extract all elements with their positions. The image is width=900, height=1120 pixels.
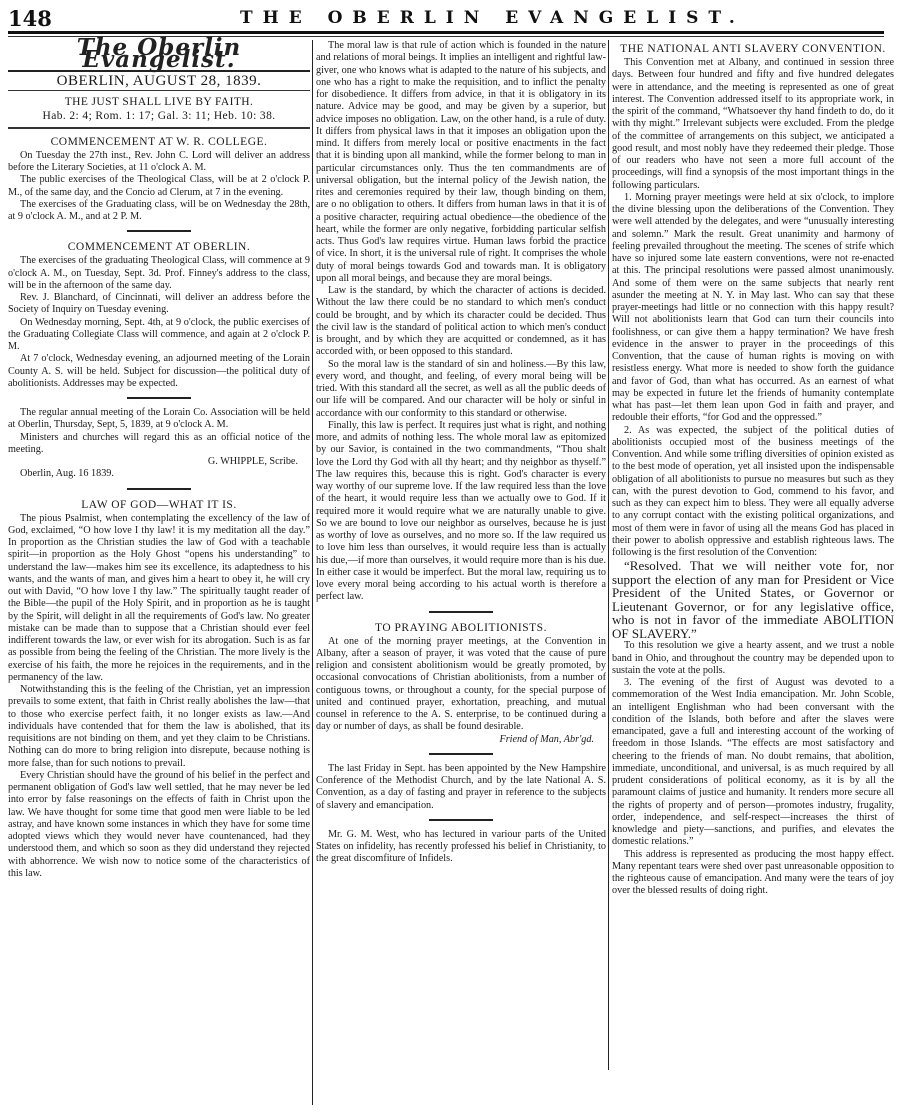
paragraph: At one of the morning prayer meetings, a… <box>316 636 606 734</box>
running-title: THE OBERLIN EVANGELIST. <box>240 8 745 28</box>
article-heading-oberlin-commencement: COMMENCEMENT AT OBERLIN. <box>8 240 310 254</box>
paragraph: The moral law is that rule of action whi… <box>316 40 606 285</box>
masthead-title: The Oberlin Evangelist. <box>8 42 310 67</box>
resolution-quote: “Resolved. That we will neither vote for… <box>612 559 894 640</box>
signature: G. WHIPPLE, Scribe. <box>8 456 310 468</box>
column-3: THE NATIONAL ANTI SLAVERY CONVENTION. Th… <box>612 40 894 898</box>
section-rule <box>127 397 191 399</box>
paragraph: This Convention met at Albany, and conti… <box>612 57 894 192</box>
paragraph: Finally, this law is perfect. It require… <box>316 420 606 604</box>
paragraph: Law is the standard, by which the charac… <box>316 285 606 359</box>
paragraph: Every Christian should have the ground o… <box>8 770 310 880</box>
motto-references: Hab. 2: 4; Rom. 1: 17; Gal. 3: 11; Heb. … <box>8 109 310 123</box>
source-attribution: Friend of Man, Abr'gd. <box>316 734 606 746</box>
dateline: OBERLIN, AUGUST 28, 1839. <box>8 70 310 91</box>
paragraph: The exercises of the Graduating class, w… <box>8 199 310 224</box>
paragraph: Mr. G. M. West, who has lectured in vari… <box>316 829 606 866</box>
page-header: 148 THE OBERLIN EVANGELIST. <box>8 6 892 32</box>
paragraph: Notwithstanding this is the feeling of t… <box>8 684 310 770</box>
section-rule <box>429 753 493 755</box>
section-rule <box>429 611 493 613</box>
page-number: 148 <box>8 6 52 31</box>
article-heading-wr-college: COMMENCEMENT AT W. R. COLLEGE. <box>8 135 310 149</box>
section-rule <box>429 819 493 821</box>
paragraph: The regular annual meeting of the Lorain… <box>8 407 310 432</box>
paragraph: The public exercises of the Theological … <box>8 174 310 199</box>
paragraph: To this resolution we give a hearty asse… <box>612 640 894 677</box>
section-rule <box>127 230 191 232</box>
paragraph: 1. Morning prayer meetings were held at … <box>612 192 894 425</box>
paragraph: Rev. J. Blanchard, of Cincinnati, will d… <box>8 292 310 317</box>
column-1: The Oberlin Evangelist. OBERLIN, AUGUST … <box>8 40 310 880</box>
paragraph: This address is represented as producing… <box>612 849 894 898</box>
paragraph: So the moral law is the standard of sin … <box>316 359 606 420</box>
paragraph: 3. The evening of the first of August wa… <box>612 677 894 849</box>
article-heading-praying-abolitionists: TO PRAYING ABOLITIONISTS. <box>316 621 606 635</box>
paragraph: 2. As was expected, the subject of the p… <box>612 425 894 560</box>
column-divider-1 <box>312 40 313 1105</box>
masthead-rule <box>8 127 310 129</box>
paragraph: Ministers and churches will regard this … <box>8 432 310 457</box>
section-rule <box>127 488 191 490</box>
article-heading-law-of-god: LAW OF GOD—WHAT IT IS. <box>8 498 310 512</box>
paragraph: On Wednesday morning, Sept. 4th, at 9 o'… <box>8 317 310 354</box>
paragraph: The exercises of the graduating Theologi… <box>8 255 310 292</box>
article-heading-national-convention: THE NATIONAL ANTI SLAVERY CONVENTION. <box>612 42 894 56</box>
motto: THE JUST SHALL LIVE BY FAITH. <box>8 95 310 109</box>
paragraph: At 7 o'clock, Wednesday evening, an adjo… <box>8 353 310 390</box>
column-divider-2 <box>608 40 609 1070</box>
paragraph: The pious Psalmist, when contemplating t… <box>8 513 310 685</box>
paragraph: The last Friday in Sept. has been appoin… <box>316 763 606 812</box>
paragraph: On Tuesday the 27th inst., Rev. John C. … <box>8 150 310 175</box>
column-2: The moral law is that rule of action whi… <box>316 40 606 866</box>
place-date: Oberlin, Aug. 16 1839. <box>8 468 310 480</box>
